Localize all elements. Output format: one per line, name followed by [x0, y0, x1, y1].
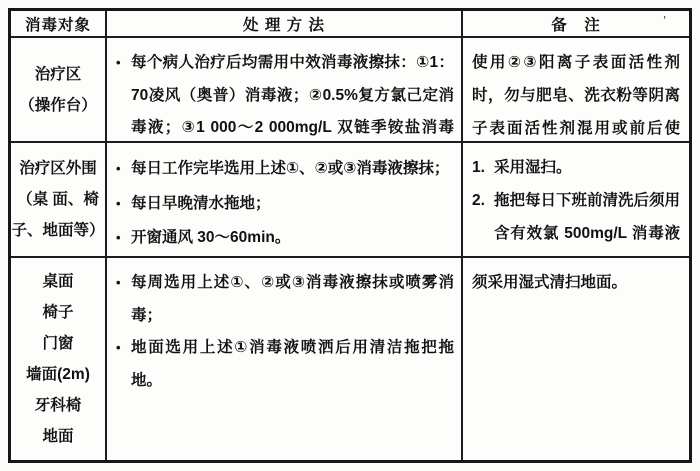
object-cell-furniture-floor: 桌面 椅子 门窗 墙面(2m) 牙科椅 地面: [11, 258, 107, 460]
object-cell-treatment-area: 治疗区 （操作台）: [11, 38, 107, 143]
method-cell-treatment-area: • 每个病人治疗后均需用中效消毒液擦抹：①1：70凌风（奥普）消毒液；②0.5%…: [107, 38, 463, 143]
note-text: 拖把每日下班前清洗后须用含有效氯 500mg/L 消毒液浸泡 1h，晾干备用。: [494, 184, 680, 258]
bullet-icon: •: [116, 187, 131, 222]
scanned-document-page: 消毒对象 处 理 方 法 备 注 ’ 治疗区 （操作台） • 每个病人治疗后均需…: [0, 0, 700, 471]
object-line: （操作台）: [19, 90, 97, 121]
method-item: • 开窗通风 30～60min。: [116, 221, 454, 256]
note-item: 1. 采用湿扫。: [472, 151, 680, 184]
object-line: 地面: [42, 421, 73, 452]
header-cell-note: 备 注 ’: [463, 11, 689, 38]
note-item: 须采用湿式清扫地面。: [472, 266, 680, 299]
method-cell-surrounding-area: • 每日工作完毕选用上述①、②或③消毒液擦抹； • 每日早晚清水拖地； • 开窗…: [107, 143, 463, 258]
object-line: （桌 面、椅: [17, 184, 99, 215]
bullet-icon: •: [116, 152, 131, 187]
note-cell-treatment-area: 使用②③阳离子表面活性剂时，勿与肥皂、洗衣粉等阴离子表面活性剂混用或前后使用，以…: [463, 38, 689, 143]
method-item: • 地面选用上述①消毒液喷洒后用清洁拖把拖地。: [116, 332, 454, 397]
bullet-icon: •: [116, 267, 131, 332]
object-line: 牙科椅: [35, 390, 82, 421]
bullet-icon: •: [116, 221, 131, 256]
note-cell-surrounding-area: 1. 采用湿扫。 2. 拖把每日下班前清洗后须用含有效氯 500mg/L 消毒液…: [463, 143, 689, 258]
method-item: • 每日早晚清水拖地；: [116, 187, 454, 222]
note-item: 使用②③阳离子表面活性剂时，勿与肥皂、洗衣粉等阴离子表面活性剂混用或前后使用，以…: [472, 46, 680, 143]
method-text: 每日早晚清水拖地；: [131, 187, 454, 222]
method-text: 地面选用上述①消毒液喷洒后用清洁拖把拖地。: [131, 332, 454, 397]
scan-artifact-mark: ’: [663, 13, 667, 28]
object-line: 治疗区外围: [19, 153, 97, 184]
note-text: 采用湿扫。: [494, 151, 680, 184]
object-line: 治疗区: [35, 59, 82, 90]
method-item: • 每周选用上述①、②或③消毒液擦抹或喷雾消毒；: [116, 267, 454, 332]
note-text: 须采用湿式清扫地面。: [472, 266, 680, 299]
object-cell-surrounding-area: 治疗区外围 （桌 面、椅 子、地面等）: [11, 143, 107, 258]
object-line: 墙面(2m): [26, 359, 90, 390]
note-item: 2. 拖把每日下班前清洗后须用含有效氯 500mg/L 消毒液浸泡 1h，晾干备…: [472, 184, 680, 258]
method-text: 每周选用上述①、②或③消毒液擦抹或喷雾消毒；: [131, 267, 454, 332]
note-number: 2.: [472, 184, 494, 258]
disinfection-table: 消毒对象 处 理 方 法 备 注 ’ 治疗区 （操作台） • 每个病人治疗后均需…: [8, 8, 692, 463]
note-number: 1.: [472, 151, 494, 184]
header-cell-object: 消毒对象: [11, 11, 107, 38]
method-text: 每个病人治疗后均需用中效消毒液擦抹：①1：70凌风（奥普）消毒液；②0.5%复方…: [131, 47, 454, 143]
bullet-icon: •: [116, 332, 131, 397]
method-cell-furniture-floor: • 每周选用上述①、②或③消毒液擦抹或喷雾消毒； • 地面选用上述①消毒液喷洒后…: [107, 258, 463, 460]
bullet-icon: •: [116, 47, 131, 143]
note-cell-furniture-floor: 须采用湿式清扫地面。: [463, 258, 689, 460]
method-item: • 每个病人治疗后均需用中效消毒液擦抹：①1：70凌风（奥普）消毒液；②0.5%…: [116, 47, 454, 143]
method-text: 每日工作完毕选用上述①、②或③消毒液擦抹；: [131, 152, 454, 187]
header-method-label: 处 理 方 法: [243, 13, 325, 35]
note-text: 使用②③阳离子表面活性剂时，勿与肥皂、洗衣粉等阴离子表面活性剂混用或前后使用，以…: [472, 46, 680, 143]
object-line: 椅子: [42, 297, 73, 328]
method-item: • 每日工作完毕选用上述①、②或③消毒液擦抹；: [116, 152, 454, 187]
header-note-label: 备 注: [551, 13, 601, 35]
header-cell-method: 处 理 方 法: [107, 11, 463, 38]
header-object-label: 消毒对象: [25, 13, 91, 35]
method-text: 开窗通风 30～60min。: [131, 221, 454, 256]
object-line: 门窗: [42, 328, 73, 359]
object-line: 桌面: [42, 266, 73, 297]
object-line: 子、地面等）: [11, 215, 104, 246]
